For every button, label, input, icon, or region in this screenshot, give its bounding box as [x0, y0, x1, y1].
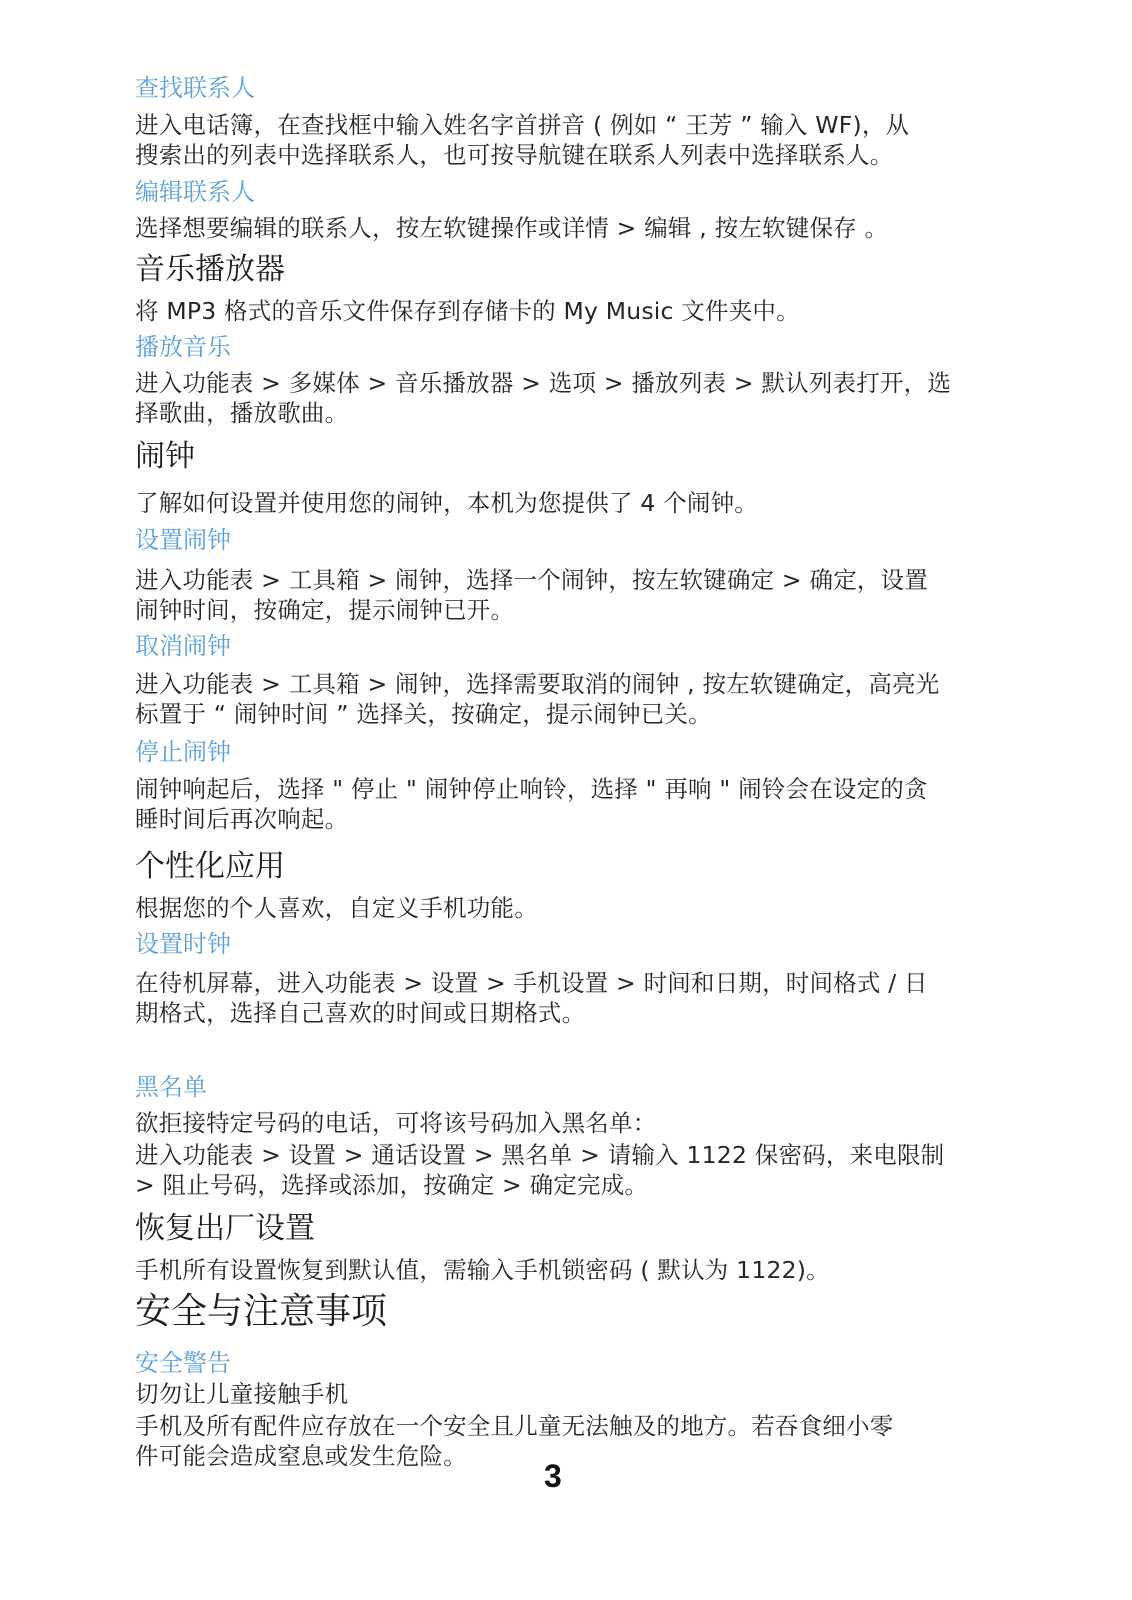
heading-alarm: 闹钟 [135, 442, 195, 472]
subheading-set-alarm: 设置闹钟 [135, 528, 231, 552]
set-alarm-text-line-2: 闹钟时间，按确定，提示闹钟已开。 [135, 599, 514, 623]
subheading-blacklist: 黑名单 [135, 1075, 207, 1099]
subheading-stop-alarm: 停止闹钟 [135, 740, 231, 764]
subheading-set-clock: 设置时钟 [135, 932, 231, 956]
find-contact-text-line-2: 搜索出的列表中选择联系人，也可按导航键在联系人列表中选择联系人。 [135, 144, 893, 168]
stop-alarm-text-line-1: 闹钟响起后，选择 " 停止 " 闹钟停止响铃，选择 " 再响 " 闹铃会在设定的… [135, 778, 928, 802]
factory-reset-text-line-1: 手机所有设置恢复到默认值，需输入手机锁密码 ( 默认为 1122)。 [135, 1259, 830, 1283]
manual-page: 查找联系人 进入电话簿，在查找框中输入姓名字首拼音 ( 例如 “ 王芳 ” 输入… [0, 0, 1132, 1600]
subheading-play-music: 播放音乐 [135, 335, 231, 359]
safety-warning-text-line-3: 件可能会造成窒息或发生危险。 [135, 1445, 467, 1469]
alarm-intro: 了解如何设置并使用您的闹钟，本机为您提供了 4 个闹钟。 [135, 492, 758, 516]
subheading-safety-warning: 安全警告 [135, 1351, 231, 1375]
personalize-intro: 根据您的个人喜欢，自定义手机功能。 [135, 897, 538, 921]
safety-warning-text-line-1: 切勿让儿童接触手机 [135, 1383, 348, 1407]
set-clock-text-line-2: 期格式，选择自己喜欢的时间或日期格式。 [135, 1002, 585, 1026]
set-alarm-text-line-1: 进入功能表 > 工具箱 > 闹钟，选择一个闹钟，按左软键确定 > 确定，设置 [135, 569, 928, 593]
blacklist-text-line-3: > 阻止号码，选择或添加，按确定 > 确定完成。 [135, 1174, 648, 1198]
subheading-find-contact: 查找联系人 [135, 76, 255, 100]
subheading-cancel-alarm: 取消闹钟 [135, 634, 231, 658]
subheading-edit-contact: 编辑联系人 [135, 180, 255, 204]
heading-factory-reset: 恢复出厂设置 [135, 1214, 315, 1244]
heading-personalize: 个性化应用 [135, 852, 285, 882]
heading-safety: 安全与注意事项 [135, 1294, 387, 1330]
cancel-alarm-text-line-1: 进入功能表 > 工具箱 > 闹钟，选择需要取消的闹钟 , 按左软键确定，高亮光 [135, 673, 939, 697]
edit-contact-text-line-1: 选择想要编辑的联系人，按左软键操作或详情 > 编辑 , 按左软键保存 。 [135, 217, 888, 241]
page-number: 3 [544, 1458, 562, 1495]
find-contact-text-line-1: 进入电话簿，在查找框中输入姓名字首拼音 ( 例如 “ 王芳 ” 输入 WF)，从 [135, 114, 909, 138]
set-clock-text-line-1: 在待机屏幕，进入功能表 > 设置 > 手机设置 > 时间和日期，时间格式 / 日 [135, 972, 928, 996]
cancel-alarm-text-line-2: 标置于 “ 闹钟时间 ” 选择关，按确定，提示闹钟已关。 [135, 703, 712, 727]
safety-warning-text-line-2: 手机及所有配件应存放在一个安全且儿童无法触及的地方。若吞食细小零 [135, 1415, 893, 1439]
blacklist-text-line-2: 进入功能表 > 设置 > 通话设置 > 黑名单 > 请输入 1122 保密码，来… [135, 1144, 944, 1168]
blacklist-text-line-1: 欲拒接特定号码的电话，可将该号码加入黑名单： [135, 1112, 656, 1136]
play-music-text-line-2: 择歌曲，播放歌曲。 [135, 402, 348, 426]
stop-alarm-text-line-2: 睡时间后再次响起。 [135, 808, 348, 832]
music-player-intro: 将 MP3 格式的音乐文件保存到存储卡的 My Music 文件夹中。 [135, 300, 800, 324]
play-music-text-line-1: 进入功能表 > 多媒体 > 音乐播放器 > 选项 > 播放列表 > 默认列表打开… [135, 372, 951, 396]
heading-music-player: 音乐播放器 [135, 255, 285, 285]
